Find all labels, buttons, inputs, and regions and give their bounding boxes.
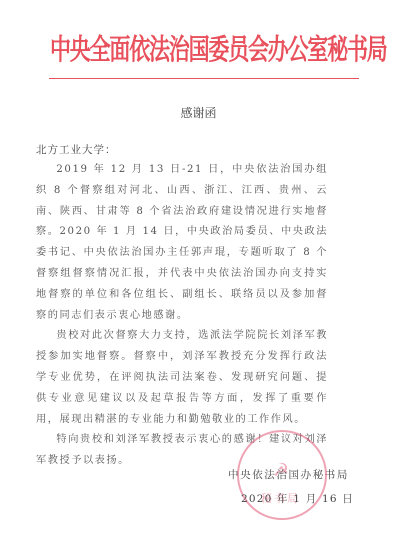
- paragraph: 2019 年 12 月 13 日-21 日，中央依法治国办组织 8 个督察组对河…: [36, 160, 328, 326]
- letter-body: 2019 年 12 月 13 日-21 日，中央依法治国办组织 8 个督察组对河…: [36, 160, 328, 472]
- signature: 中央依法治国办秘书局: [228, 467, 349, 482]
- salutation: 北方工业大学：: [36, 142, 117, 157]
- letterhead-rule: [49, 78, 359, 79]
- letterhead-title: 中央全面依法治国委员会办公室秘书局: [50, 28, 360, 69]
- date: 2020 年 1 月 16 日: [241, 491, 354, 506]
- document-title: 感谢函: [0, 104, 397, 121]
- paragraph: 贵校对此次督察大力支持，选派法学院院长刘泽军教授参加实地督察。督察中，刘泽军教授…: [36, 326, 328, 430]
